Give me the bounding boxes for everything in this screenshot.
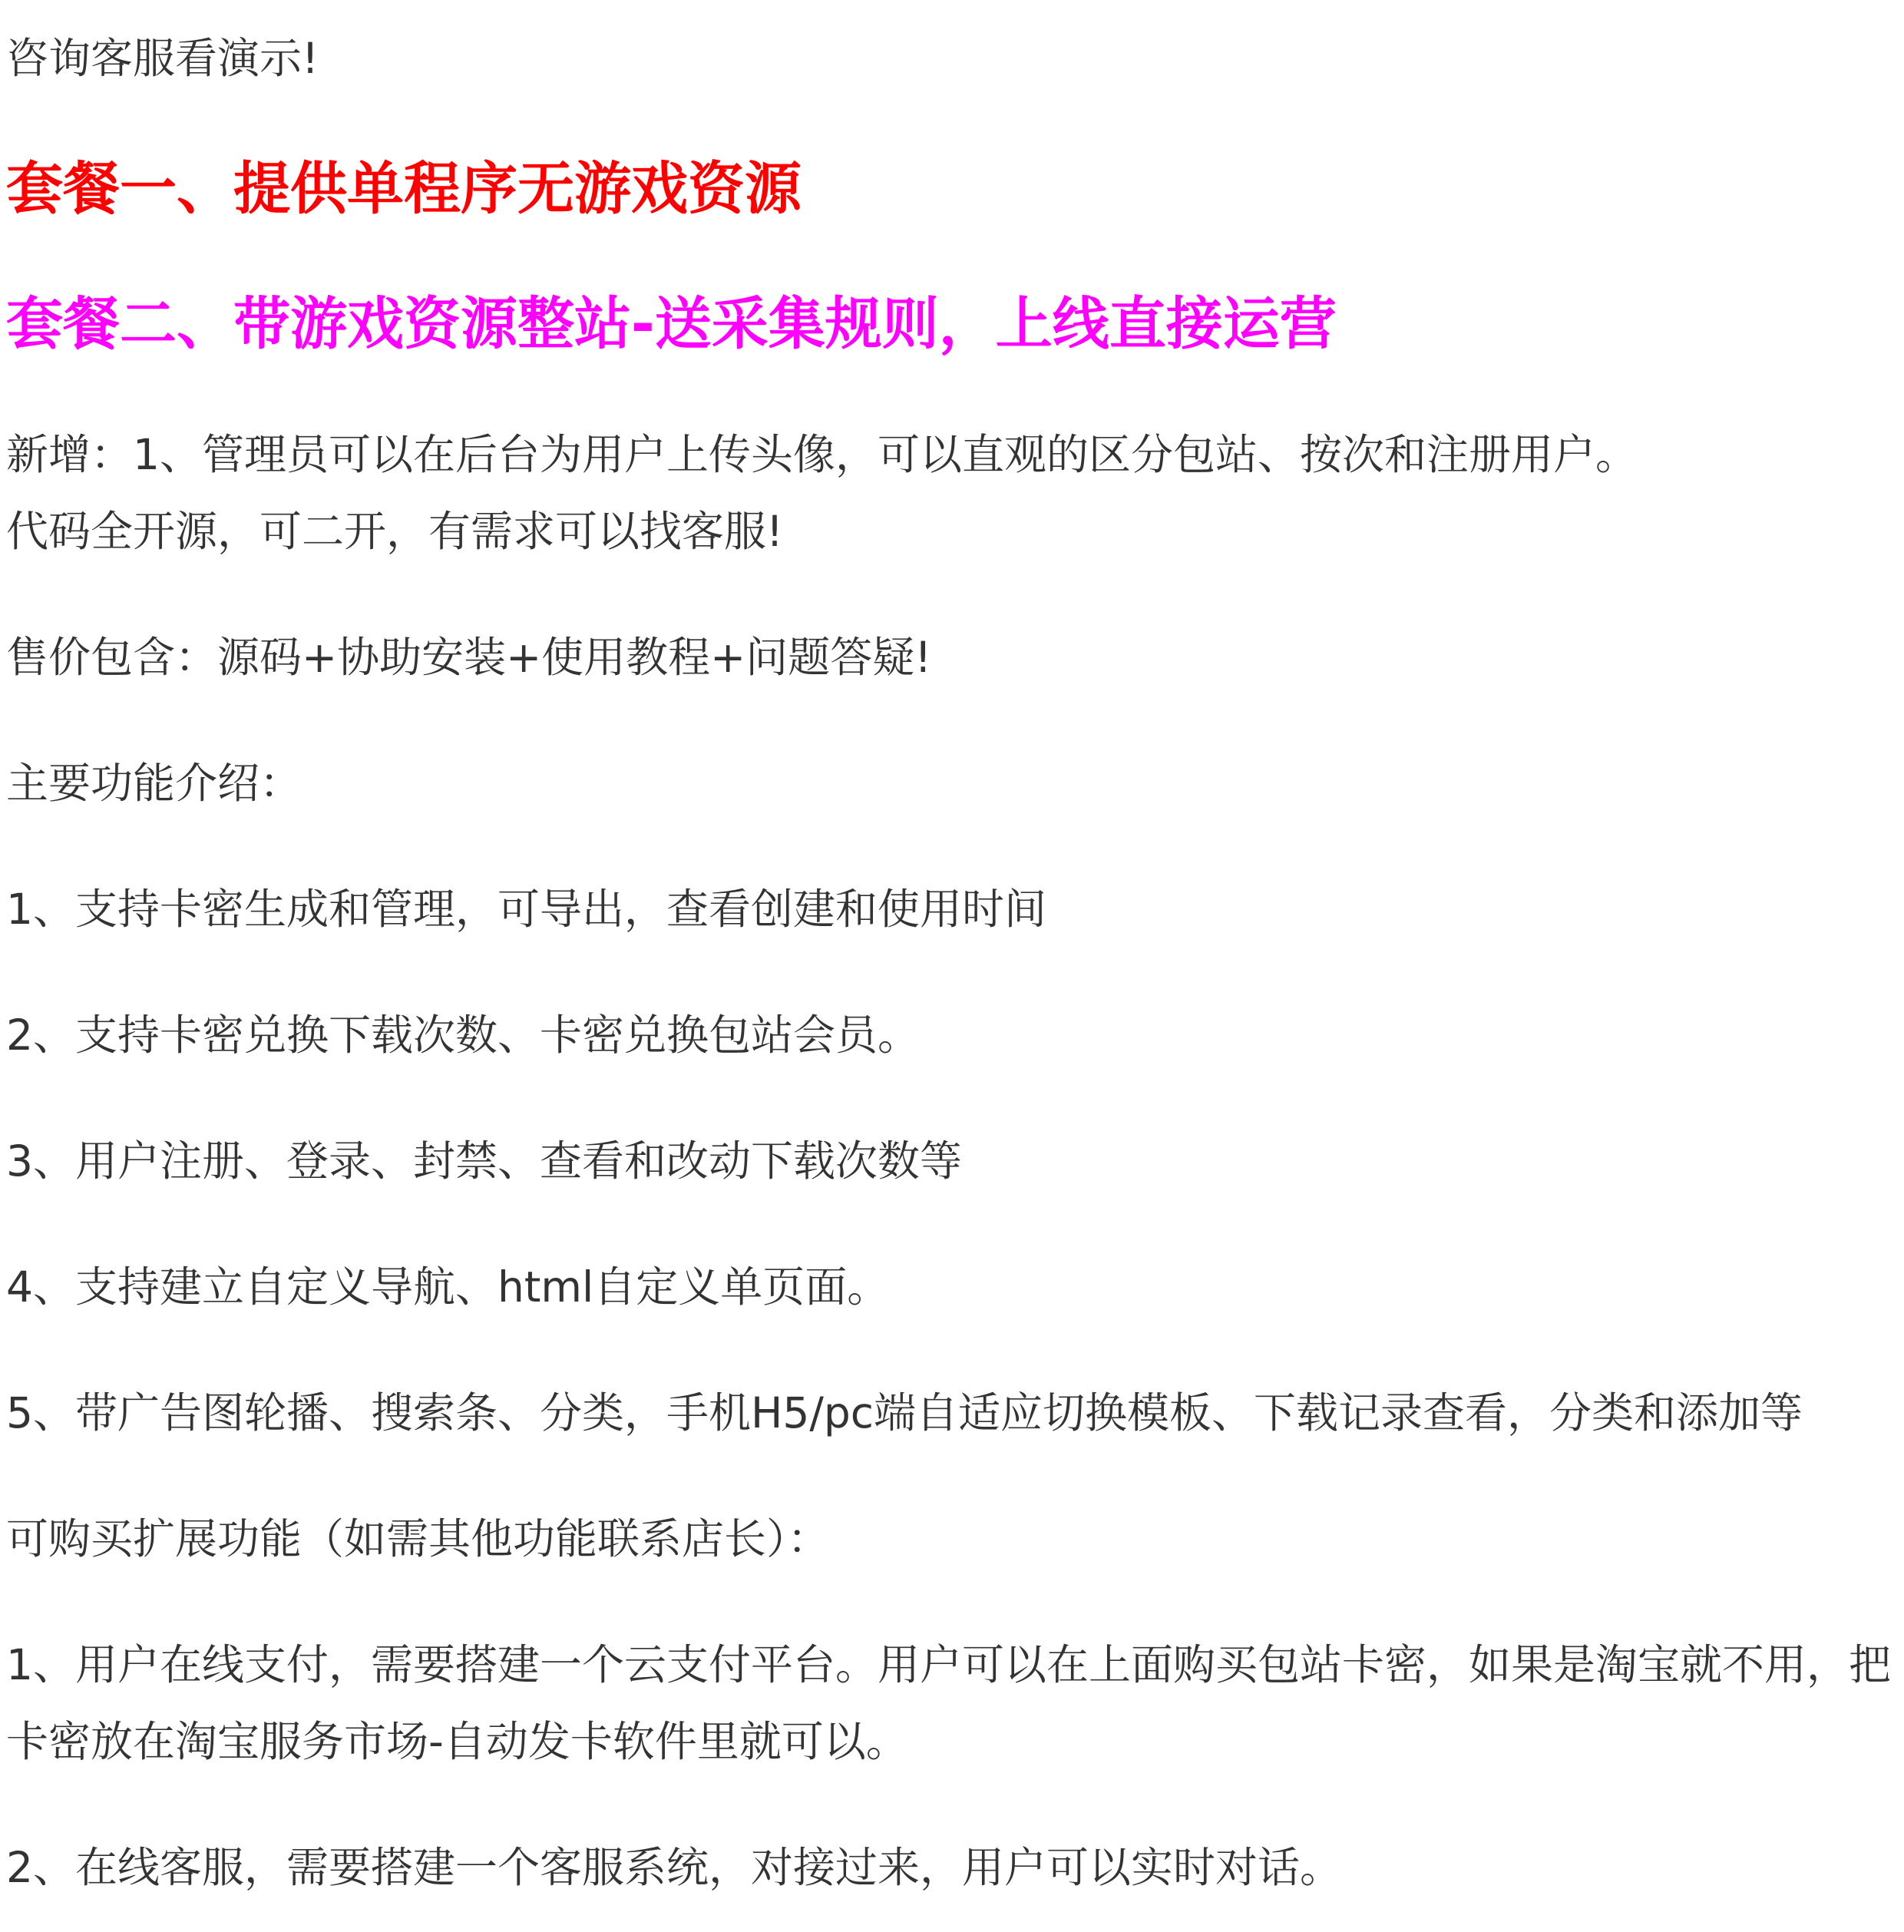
update-note: 新增：1、管理员可以在后台为用户上传头像，可以直观的区分包站、按次和注册用户。 … [6,416,1895,570]
features-heading: 主要功能介绍： [6,745,1895,822]
feature-item-1: 1、支持卡密生成和管理，可导出，查看创建和使用时间 [6,871,1895,948]
price-note: 售价包含：源码+协助安装+使用教程+问题答疑! [6,619,1895,696]
extension-item-2: 2、在线客服，需要搭建一个客服系统，对接过来，用户可以实时对话。 [6,1829,1895,1906]
package-one-heading: 套餐一、提供单程序无游戏资源 [6,146,1895,232]
intro-line: 咨询客服看演示! [6,20,1895,97]
feature-item-5: 5、带广告图轮播、搜索条、分类，手机H5/pc端自适应切换模板、下载记录查看，分… [6,1375,1895,1451]
extension-item-1: 1、用户在线支付，需要搭建一个云支付平台。用户可以在上面购买包站卡密，如果是淘宝… [6,1626,1895,1780]
package-two-heading: 套餐二、带游戏资源整站-送采集规则，上线直接运营 [6,281,1895,367]
feature-item-4: 4、支持建立自定义导航、html自定义单页面。 [6,1249,1895,1325]
feature-item-2: 2、支持卡密兑换下载次数、卡密兑换包站会员。 [6,997,1895,1074]
product-description-document: 咨询客服看演示! 套餐一、提供单程序无游戏资源 套餐二、带游戏资源整站-送采集规… [0,0,1904,1906]
extensions-heading: 可购买扩展功能（如需其他功能联系店长）： [6,1500,1895,1577]
feature-item-3: 3、用户注册、登录、封禁、查看和改动下载次数等 [6,1123,1895,1199]
